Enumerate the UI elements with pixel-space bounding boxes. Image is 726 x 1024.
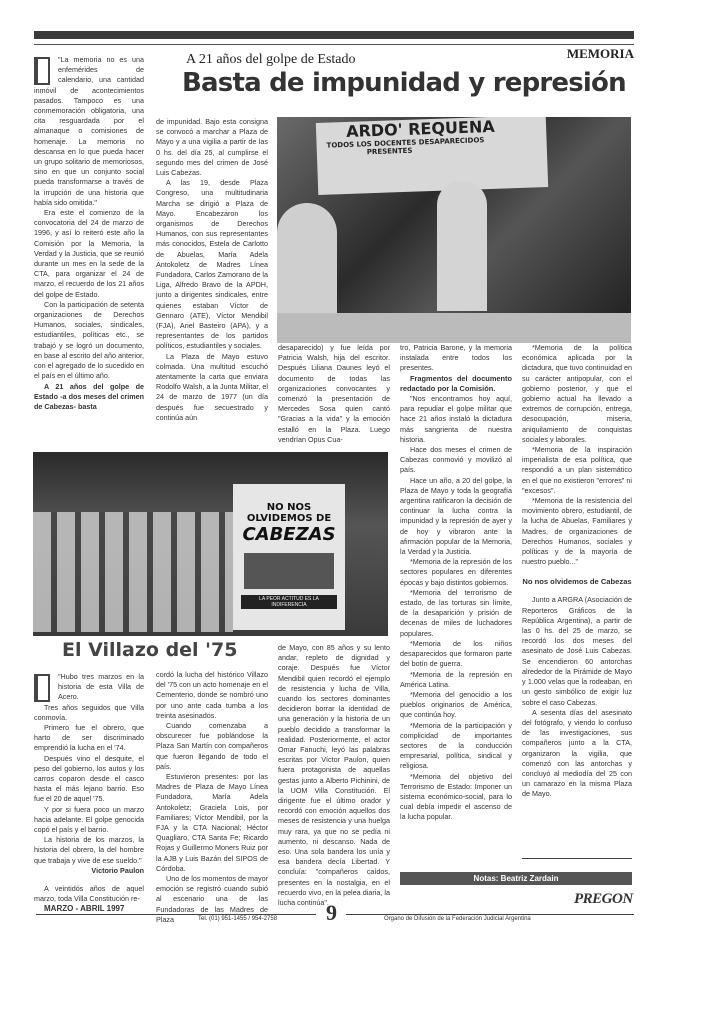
paragraph: Cuando comenzaba a obscurecer fue poblán… <box>156 721 268 772</box>
paragraph: "Nos encontramos hoy aquí, para repudiar… <box>400 394 512 445</box>
paragraph: *Memoria de la represión en América Lati… <box>400 670 512 690</box>
paragraph: *Memoria de los niños desaparecidos que … <box>400 639 512 670</box>
paragraph: Junto a ARGRA (Asociación de Reporteros … <box>522 595 632 707</box>
paragraph: Primero fue el obrero, que harto de ser … <box>34 723 144 754</box>
quote-mark-icon <box>34 674 50 702</box>
top-rule-line <box>34 44 634 45</box>
sign-text: CABEZAS <box>233 524 345 545</box>
signature: Victorio Paulon <box>34 866 144 876</box>
paragraph: La Plaza de Mayo estuvo colmada. Una mul… <box>156 352 268 423</box>
footer-rule <box>346 914 634 915</box>
paragraph: Era este el comienzo de la convocatoria … <box>34 208 144 300</box>
paragraph: *Memoria del genocidio a los pueblos ori… <box>400 690 512 721</box>
paragraph: *Memoria del objetivo del Terrorismo de … <box>400 772 512 823</box>
article1-column-2: de impunidad. Bajo esta consigna se conv… <box>156 117 268 423</box>
paragraph: *Memoria de la participación y complicid… <box>400 721 512 772</box>
paragraph: *Memoria de la política económica aplica… <box>522 343 632 445</box>
quote-mark-icon <box>34 57 50 85</box>
paragraph: A veintidós años de aquel marzo, toda Vi… <box>34 884 144 904</box>
banner: ARDO' REQUENA TODOS LOS DOCENTES DESAPAR… <box>316 117 548 195</box>
section-label: MEMORIA <box>567 46 634 62</box>
sign-tagline: LA PEOR ACTITUD ES LA INDIFERENCIA <box>241 595 337 609</box>
paragraph: A sesenta días del asesinato del fotógra… <box>522 708 632 800</box>
paragraph: A 21 años del golpe de Estado -a dos mes… <box>34 382 144 413</box>
article1-column-5: *Memoria de la política económica aplica… <box>522 343 632 800</box>
page-number: 9 <box>326 900 337 926</box>
paragraph: *Memoria de la inspiración imperialista … <box>522 445 632 496</box>
paragraph: Tres años seguidos que Villa conmovía. <box>34 703 144 723</box>
paragraph: Y por si fuera poco un marzo hacia adela… <box>34 805 144 836</box>
paragraph: Estuvieron presentes: por las Madres de … <box>156 772 268 874</box>
paragraph: La historia de los marzos, la historia d… <box>34 835 144 866</box>
person-headscarf <box>277 203 337 313</box>
paragraph: desaparecido) y fue leída por Patricia W… <box>278 343 390 445</box>
sidebar-title: No nos olvidemos de Cabezas <box>522 577 632 587</box>
article1-column-3: desaparecido) y fue leída por Patricia W… <box>278 343 390 445</box>
top-rule-bar <box>34 31 634 39</box>
author-credit: Notas: Beatriz Zardain <box>400 872 632 885</box>
article2-title: El Villazo del '75 <box>62 639 237 661</box>
paragraph: cordó la lucha del histórico Villazo del… <box>156 670 268 721</box>
article-kicker: A 21 años del golpe de Estado <box>186 52 356 68</box>
photo-foreground <box>277 313 631 343</box>
paragraph: Después vino el desquite, el peso del go… <box>34 754 144 805</box>
paragraph: A las 19, desde Plaza Congreso, una mult… <box>156 178 268 351</box>
paragraph: de Mayo, con 85 años y su lento andar, r… <box>278 643 390 908</box>
article2-column-2: cordó la lucha del histórico Villazo del… <box>156 670 268 925</box>
sign-portrait <box>244 553 334 589</box>
paragraph: tro, Patricia Barone, y la memoria insta… <box>400 343 512 374</box>
paragraph: de impunidad. Bajo esta consigna se conv… <box>156 117 268 178</box>
article-headline: Basta de impunidad y represión <box>182 68 626 98</box>
paragraph: "La memoria no es una enfemérides de cal… <box>34 55 144 208</box>
sign-text: NO NOS OLVIDEMOS DE <box>233 502 345 524</box>
subheading: Fragmentos del documento redactado por l… <box>400 374 512 394</box>
paragraph: Hace un año, a 20 del golpe, la Plaza de… <box>400 476 512 558</box>
article1-column-1: "La memoria no es una enfemérides de cal… <box>34 55 144 412</box>
divider <box>522 858 632 859</box>
footer-organ: Organo de Difusión de la Federación Judi… <box>384 916 531 922</box>
protest-signs <box>33 512 233 632</box>
footer-rule <box>36 914 316 915</box>
photo-madres-march: ARDO' REQUENA TODOS LOS DOCENTES DESAPAR… <box>277 117 631 343</box>
paragraph: "Hubo tres marzos en la historia de esta… <box>34 672 144 703</box>
protest-sign: NO NOS OLVIDEMOS DE CABEZAS LA PEOR ACTI… <box>233 484 345 630</box>
paragraph: *Memoria de la resistencia del movimient… <box>522 496 632 567</box>
photo-cabezas-protest: NO NOS OLVIDEMOS DE CABEZAS LA PEOR ACTI… <box>33 452 388 636</box>
paragraph: Con la participación de setenta organiza… <box>34 300 144 382</box>
pregon-logo: PREGON <box>574 891 633 908</box>
issue-date: MARZO - ABRIL 1997 <box>44 904 124 913</box>
paragraph: Hace dos meses el crimen de Cabezas conm… <box>400 445 512 476</box>
article2-column-3: de Mayo, con 85 años y su lento andar, r… <box>278 643 390 908</box>
footer-phone: Tel. (01) 951-1455 / 954-2758 <box>198 916 277 922</box>
article1-column-4: tro, Patricia Barone, y la memoria insta… <box>400 343 512 823</box>
article2-column-1: "Hubo tres marzos en la historia de esta… <box>34 672 144 904</box>
paragraph: *Memoria de la represión de los sectores… <box>400 557 512 588</box>
person-headscarf <box>437 181 487 311</box>
paragraph: *Memoria del terrorismo de estado, de la… <box>400 588 512 639</box>
